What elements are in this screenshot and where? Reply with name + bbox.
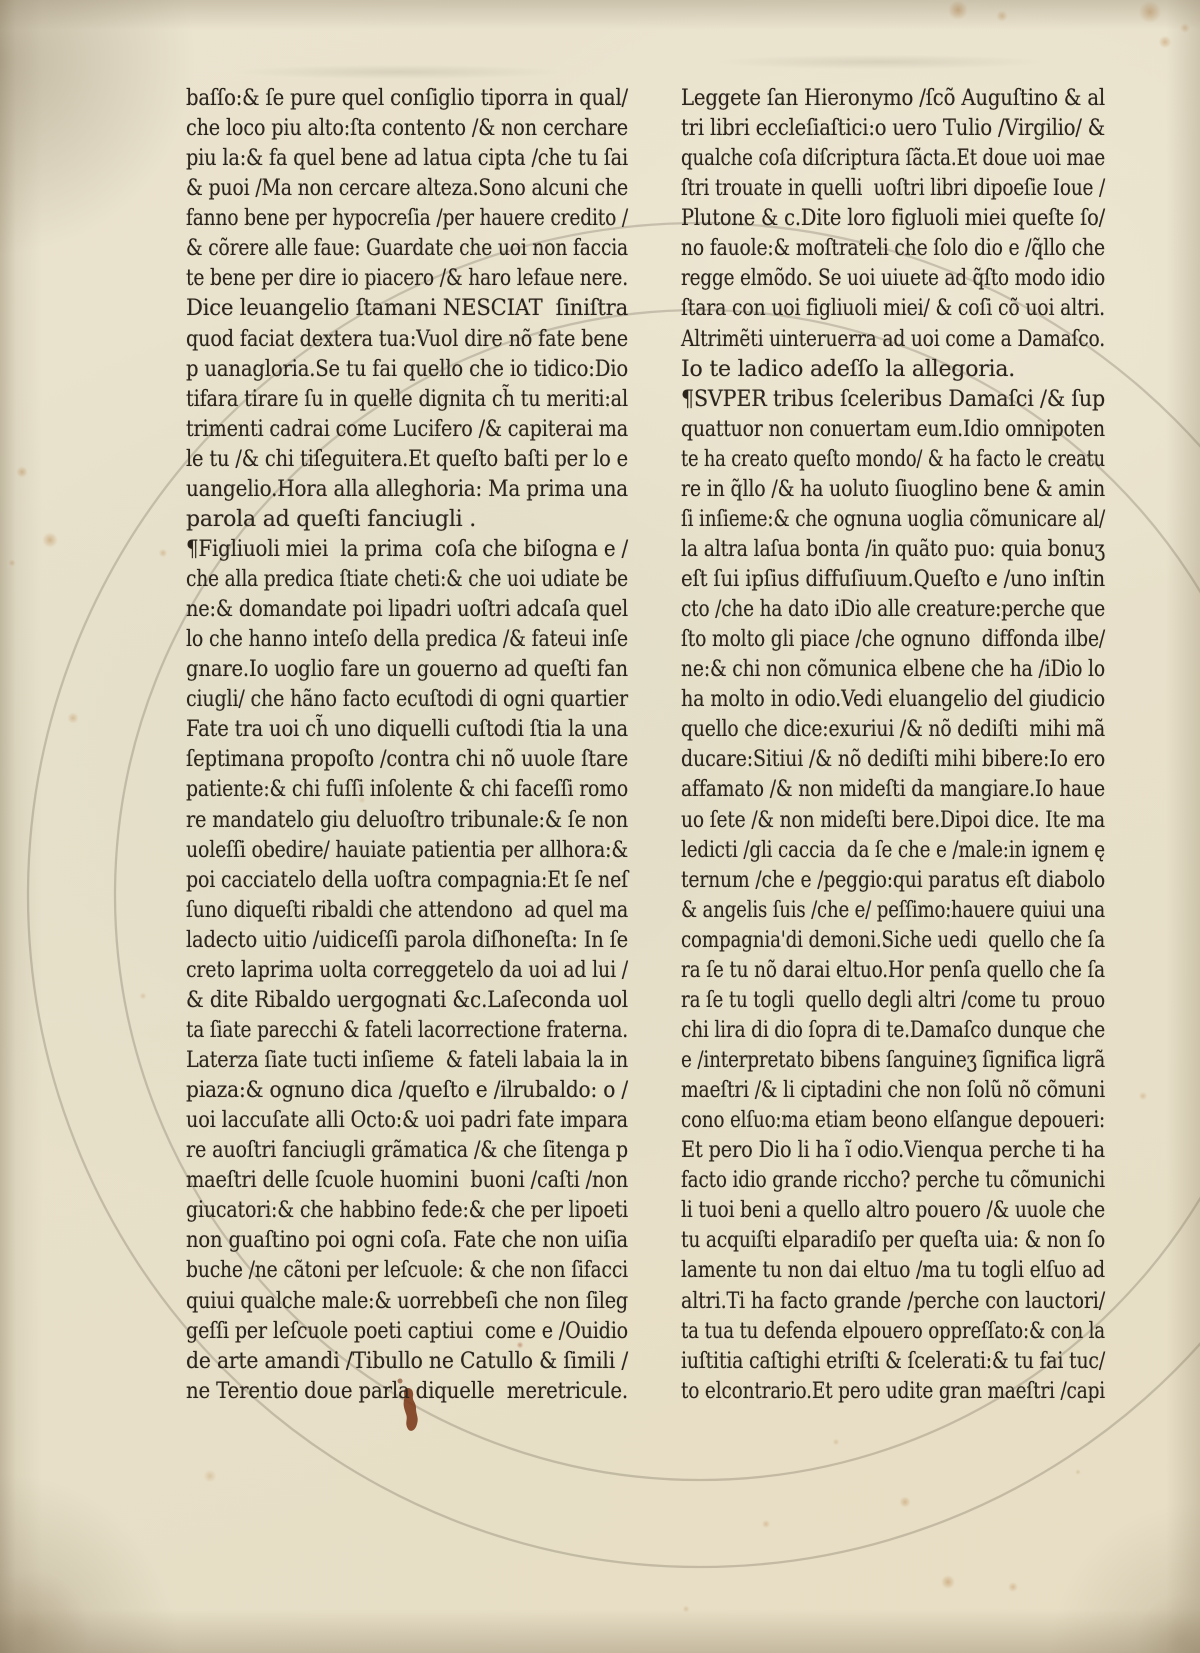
text-line: facto idio grande riccho? perche tu cõmu… [681,1166,1105,1196]
text-line: ¶SVPER tribus ſceleribus Damaſci /& ſup [681,385,1105,415]
text-line: lo che hanno inteſo della predica /& fat… [186,625,628,655]
text-line: ta tua tu defenda elpouero oppreſſato:& … [681,1317,1105,1347]
text-line: iuſtitia caſtighi etriſti & ſcelerati:& … [681,1347,1105,1377]
text-line: qualche coſa diſcriptura ſãcta.Et doue u… [681,144,1105,174]
text-line: Altrimẽti uinteruerra ad uoi come a Dama… [681,325,1105,355]
text-line: Io te ladico adeſſo la allegoria. [681,355,1105,385]
text-line: piaza:& ognuno dica /queſto e /ilrubaldo… [186,1076,628,1106]
text-line: uoleſſi obedire/ hauiate patientia per a… [186,836,628,866]
text-line: ne:& chi non cõmunica elbene che ha /iDi… [681,655,1105,685]
text-line: Fate tra uoi ch̃ uno diquelli cuſtodi ſt… [186,715,628,745]
text-line: patiente:& chi fuſſi inſolente & chi fac… [186,775,628,805]
text-line: lamente tu non dai eltuo /ma tu togli el… [681,1256,1105,1286]
text-line: poi cacciatelo della uoſtra compagnia:Et… [186,866,628,896]
text-line: to elcontrario.Et pero udite gran maeſtr… [681,1377,1105,1407]
text-line: affamato /& non mideſti da mangiare.Io h… [681,775,1105,805]
text-line: buche /ne cãtoni per leſcuole: & che non… [186,1256,628,1286]
text-line: & dite Ribaldo uergognati &c.Laſeconda u… [186,986,628,1016]
text-line: no fauole:& moſtrateli che ſolo dio e /q… [681,234,1105,264]
text-line: regge elmõdo. Se uoi uiuete ad q̃ſto mod… [681,264,1105,294]
text-line: trimenti cadrai come Lucifero /& capiter… [186,415,628,445]
text-line: cono elſuo:ma etiam beono elſangue depou… [681,1106,1105,1136]
text-line: che loco piu alto:ſta contento /& non ce… [186,114,628,144]
text-line: ledicti /gli caccia da ſe che e /male:in… [681,836,1105,866]
text-line: eſt ſui ipſius diffuſiuum.Queſto e /uno … [681,565,1105,595]
text-line: ducare:Sitiui /& nõ dediſti mihi bibere:… [681,745,1105,775]
text-line: chi lira di dio ſopra di te.Damaſco dunq… [681,1016,1105,1046]
text-line: ſeptimana propoſto /contra chi nõ uuole … [186,745,628,775]
text-line: maeſtri /& li ciptadini che non ſolũ nõ … [681,1076,1105,1106]
text-line: quod faciat dextera tua:Vuol dire nõ fat… [186,325,628,355]
text-line: li tuoi beni a quello altro pouero /& uu… [681,1196,1105,1226]
text-line: gnare.Io uoglio fare un gouerno ad queſt… [186,655,628,685]
text-line: compagnia'di demoni.Siche uedi quello ch… [681,926,1105,956]
text-line: altri.Ti ha facto grande /perche con lau… [681,1287,1105,1317]
text-line: uoi laccuſate alli Octo:& uoi padri fate… [186,1106,628,1136]
text-line: ra ſe tu togli quello degli altri /come … [681,986,1105,1016]
text-line: te bene per dire io piacero /& haro lefa… [186,264,628,294]
text-line: Plutone & c.Dite loro figluoli miei queſ… [681,204,1105,234]
text-line: ta ſiate parecchi & fateli lacorrectione… [186,1016,628,1046]
text-line: ſtri trouate in quelli uoſtri libri dipo… [681,174,1105,204]
text-line: tifara tirare ſu in quelle dignita ch̃ t… [186,385,628,415]
text-line: & cõrere alle faue: Guardate che uoi non… [186,234,628,264]
text-line: Et pero Dio li ha ĩ odio.Vienqua perche … [681,1136,1105,1166]
text-line: non guaſtino poi ogni coſa. Fate che non… [186,1226,628,1256]
text-line: te ha creato queſto mondo/ & ha facto le… [681,445,1105,475]
text-line: Laterza ſiate tucti inſieme & fateli lab… [186,1046,628,1076]
text-line: ſtara con uoi figliuoli miei/ & coſi cõ … [681,294,1105,324]
text-line: & puoi /Ma non cercare alteza.Sono alcun… [186,174,628,204]
text-line: re auoſtri fanciugli grãmatica /& che ſi… [186,1136,628,1166]
text-column-right: Leggete ſan Hieronymo /ſcõ Auguſtino & a… [681,84,1105,1407]
text-line: ſuno diqueſti ribaldi che attendono ad q… [186,896,628,926]
text-line: baſſo:& ſe pure quel conſiglio tiporra i… [186,84,628,114]
text-line: le tu /& chi tiſeguitera.Et queſto baſti… [186,445,628,475]
text-line: uangelio.Hora alla alleghoria: Ma prima … [186,475,628,505]
text-line: fanno bene per hypocreſia /per hauere cr… [186,204,628,234]
text-line: e /interpretato bibens ſanguineʒ ſignifi… [681,1046,1105,1076]
text-line: creto laprima uolta correggetelo da uoi … [186,956,628,986]
text-line: uo ſete /& non mideſti bere.Dipoi dice. … [681,806,1105,836]
text-line: maeſtri delle ſcuole huomini buoni /caſt… [186,1166,628,1196]
text-line: re mandatelo giu deluoſtro tribunale:& ſ… [186,806,628,836]
text-line: ſi inſieme:& che ognuna uoglia cõmunicar… [681,505,1105,535]
text-line: ternum /che e /peggio:qui paratus eſt di… [681,866,1105,896]
text-line: quello che dice:exuriui /& nõ dediſti mi… [681,715,1105,745]
text-line: quiui qualche male:& uorrebbeſi che non … [186,1287,628,1317]
text-line: ¶Figliuoli miei la prima coſa che biſogn… [186,535,628,565]
text-line: ne Terentio doue parla diquelle meretric… [186,1377,628,1407]
text-line: ra ſe tu nõ darai eltuo.Hor penſa quello… [681,956,1105,986]
text-line: piu la:& fa quel bene ad latua cipta /ch… [186,144,628,174]
text-line: tu acquiſti elparadiſo per queſta uia: &… [681,1226,1105,1256]
text-line: quattuor non conuertam eum.Idio omnipote… [681,415,1105,445]
text-line: Leggete ſan Hieronymo /ſcõ Auguſtino & a… [681,84,1105,114]
text-line: la altra laſua bonta /in quãto puo: quia… [681,535,1105,565]
text-line: Dice leuangelio ſtamani NESCIAT ſiniſtra [186,294,628,324]
text-line: re in q̃llo /& ha uoluto ſiuoglino bene … [681,475,1105,505]
text-line: geſſi per leſcuole poeti captiui come e … [186,1317,628,1347]
text-line: cto /che ha dato iDio alle creature:perc… [681,595,1105,625]
text-line: ladecto uitio /uidiceſſi parola diſhoneſ… [186,926,628,956]
text-line: tri libri eccleſiaſtici:o uero Tulio /Vi… [681,114,1105,144]
text-line: ciugli/ che hãno facto ecuſtodi di ogni … [186,685,628,715]
book-page: baſſo:& ſe pure quel conſiglio tiporra i… [0,0,1200,1653]
text-line: p uanagloria.Se tu fai quello che io tid… [186,355,628,385]
text-line: & angelis ſuis /che e/ peſſimo:hauere qu… [681,896,1105,926]
text-line: giucatori:& che habbino fede:& che per l… [186,1196,628,1226]
text-line: de arte amandi /Tibullo ne Catullo & ſim… [186,1347,628,1377]
text-column-left: baſſo:& ſe pure quel conſiglio tiporra i… [186,84,628,1407]
text-line: ſto molto gli piace /che ognuno diffonda… [681,625,1105,655]
text-line: parola ad queſti fanciugli . [186,505,628,535]
text-line: che alla predica ſtiate cheti:& che uoi … [186,565,628,595]
text-line: ne:& domandate poi lipadri uoſtri adcaſa… [186,595,628,625]
text-line: ha molto in odio.Vedi eluangelio del giu… [681,685,1105,715]
